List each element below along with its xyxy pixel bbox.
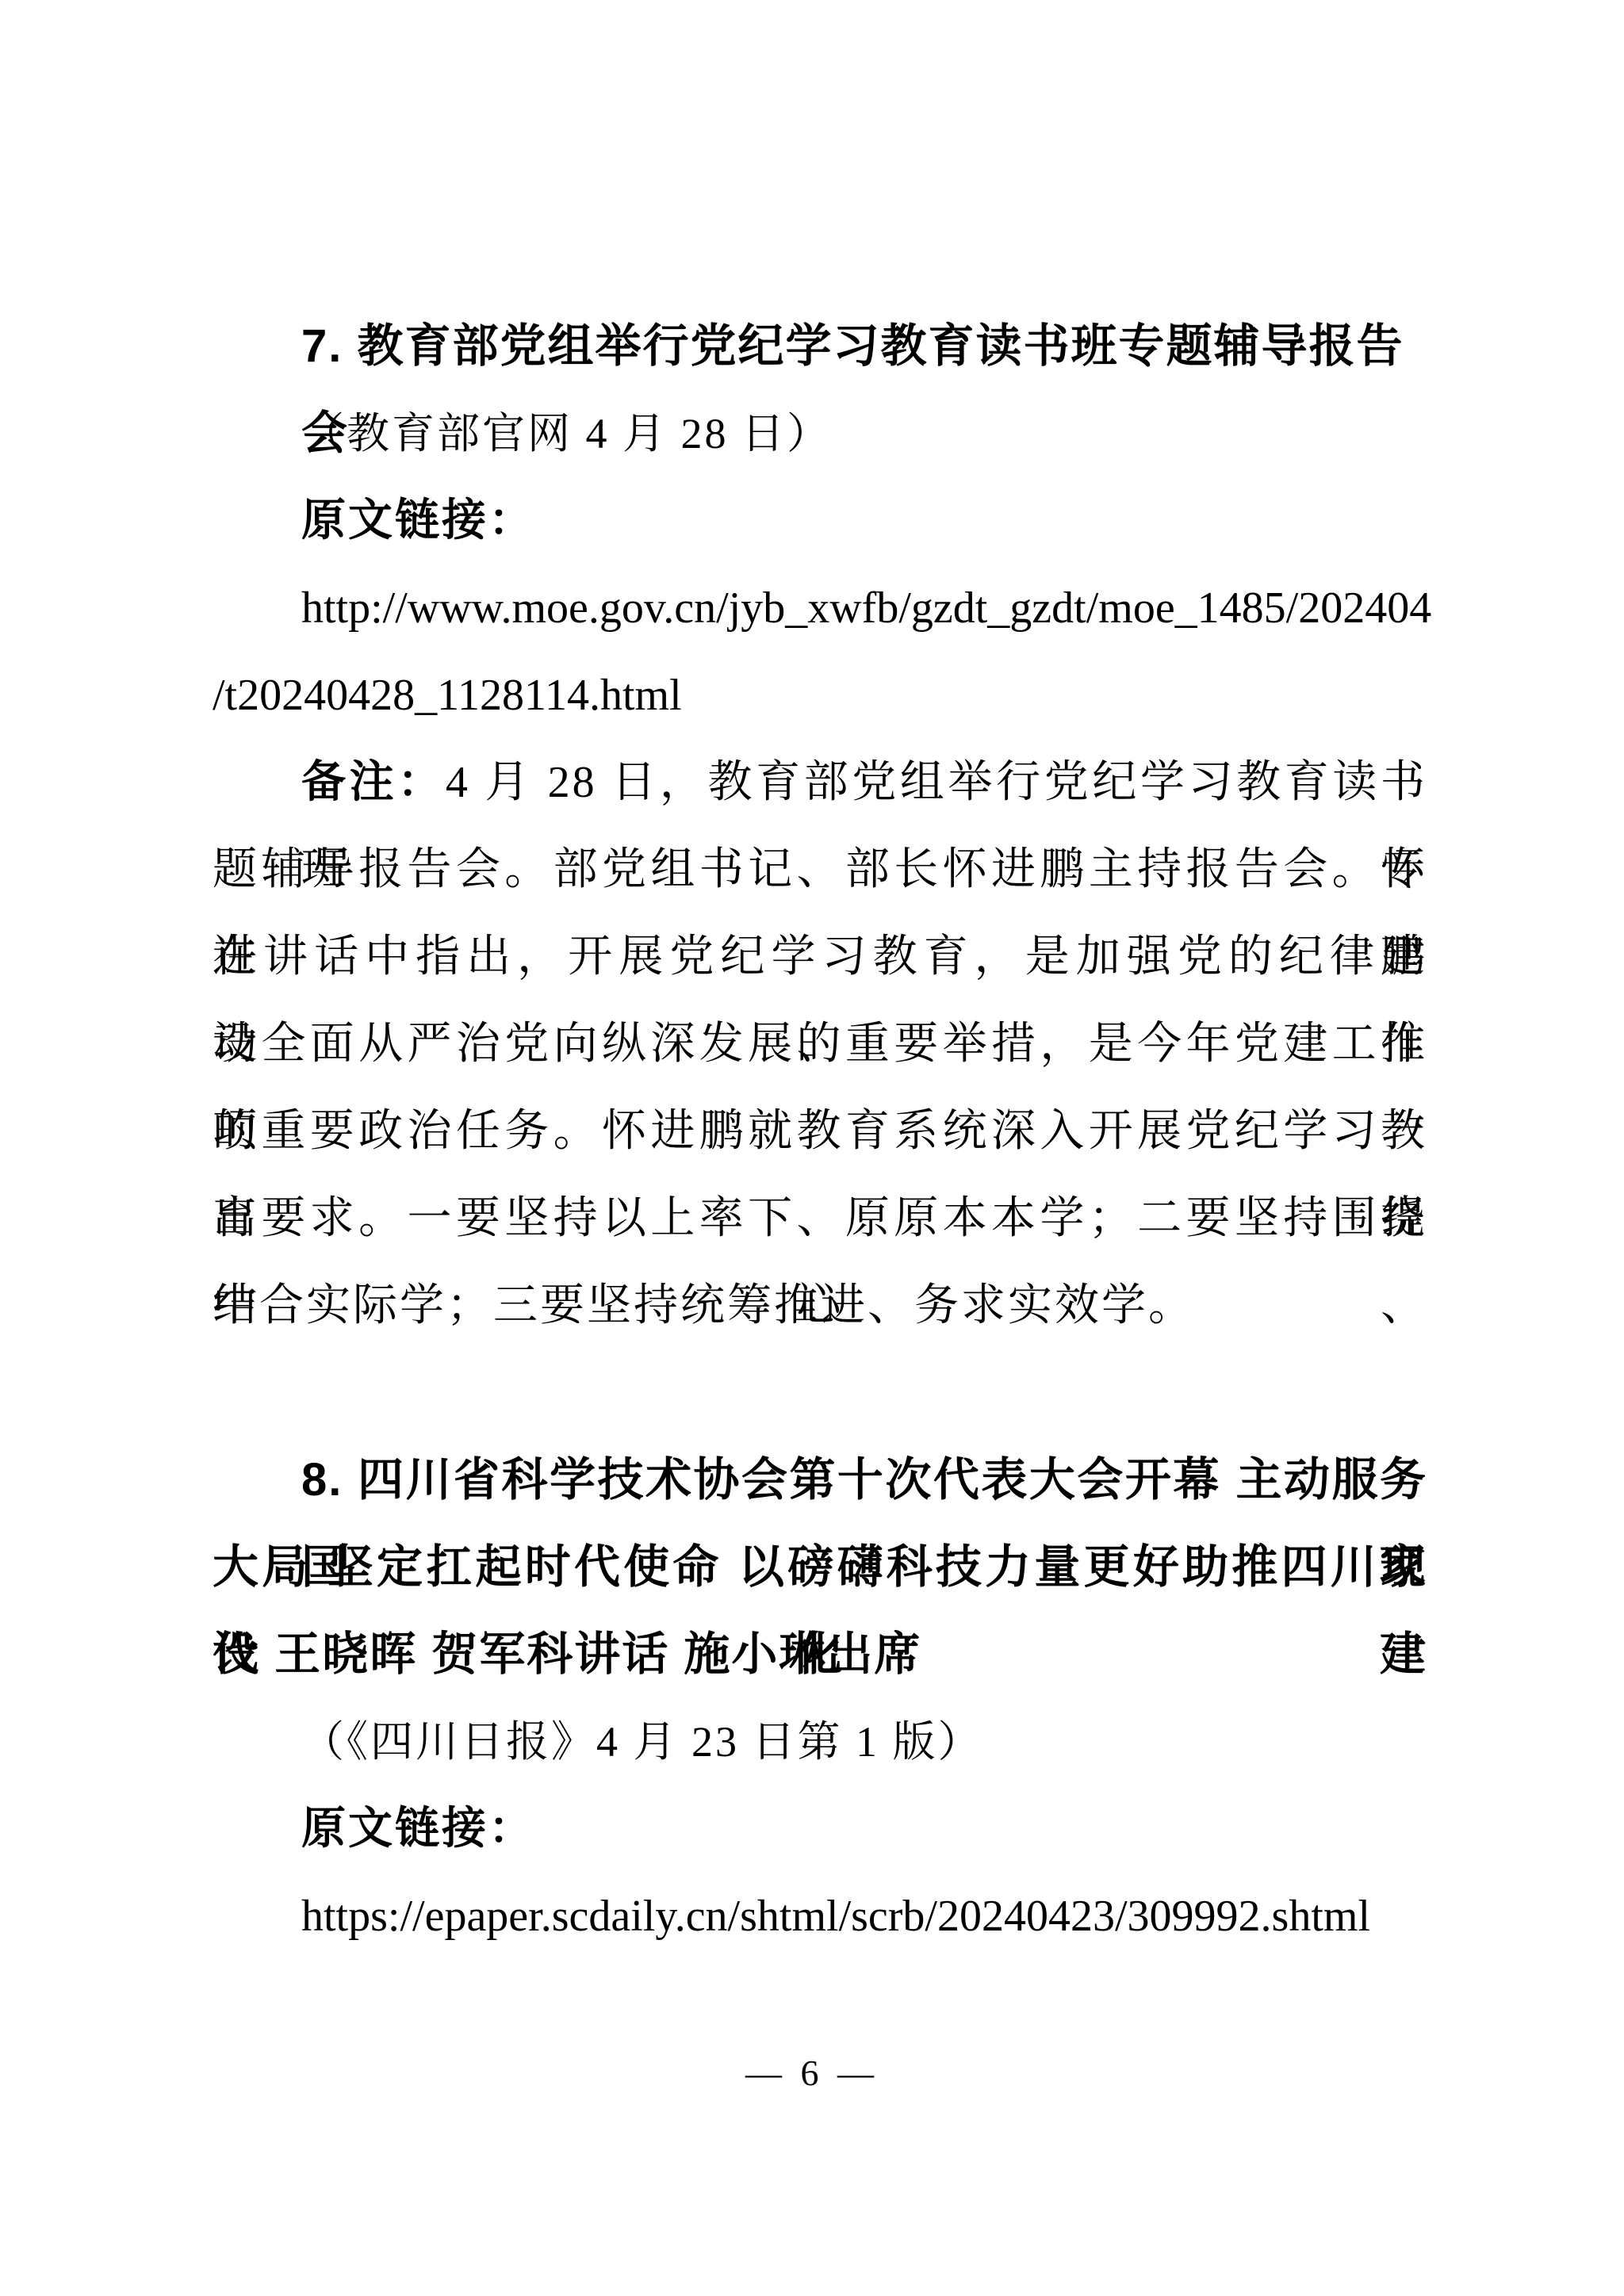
section-7-link-label: 原文链接： [213, 477, 1427, 564]
section-8-link-label: 原文链接： [213, 1785, 1427, 1873]
section-7-note-line: 动全面从严治党向纵深发展的重要举措，是今年党建工作的一 [213, 1001, 1427, 1088]
section-7-note-line: 备注：4 月 28 日，教育部党组举行党纪学习教育读书班专 [213, 739, 1427, 826]
document-page: 7. 教育部党组举行党纪学习教育读书班专题辅导报告会 （教育部官网 4 月 28… [0, 0, 1624, 2296]
page-content: 7. 教育部党组举行党纪学习教育读书班专题辅导报告会 （教育部官网 4 月 28… [213, 303, 1427, 1960]
section-7-note-line: 出要求。一要坚持以上率下、原原本本学；二要坚持围绕中心、 [213, 1175, 1427, 1262]
section-7-url-line-1: http://www.moe.gov.cn/jyb_xwfb/gzdt_gzdt… [213, 564, 1427, 652]
blank-line [213, 1349, 1427, 1437]
section-7-note-line: 在讲话中指出，开展党纪学习教育，是加强党的纪律建设、推 [213, 913, 1427, 1001]
section-8-heading-line: 大局 坚定扛起时代使命 以磅礴科技力量更好助推四川现代化建 [213, 1524, 1427, 1611]
section-8: 8. 四川省科学技术协会第十次代表大会开幕 主动服务国家 大局 坚定扛起时代使命… [213, 1437, 1427, 1960]
page-footer: — 6 — [0, 2030, 1624, 2117]
section-7-url-line-2: /t20240428_1128114.html [213, 652, 1427, 739]
section-7-note-line: 题辅导报告会。部党组书记、部长怀进鹏主持报告会。怀进鹏 [213, 826, 1427, 913]
section-7-note-line: 项重要政治任务。怀进鹏就教育系统深入开展党纪学习教育提 [213, 1088, 1427, 1175]
note-label: 备注： [301, 758, 446, 807]
section-7-heading: 7. 教育部党组举行党纪学习教育读书班专题辅导报告会 [213, 303, 1427, 390]
section-8-url-line-1: https://epaper.scdaily.cn/shtml/scrb/202… [213, 1873, 1427, 1960]
section-8-source: （《四川日报》4 月 23 日第 1 版） [213, 1698, 1427, 1785]
page-number: — 6 — [745, 2053, 879, 2093]
section-8-heading-line: 8. 四川省科学技术协会第十次代表大会开幕 主动服务国家 [213, 1437, 1427, 1524]
section-7-source: （教育部官网 4 月 28 日） [213, 390, 1427, 477]
section-7: 7. 教育部党组举行党纪学习教育读书班专题辅导报告会 （教育部官网 4 月 28… [213, 303, 1427, 1349]
